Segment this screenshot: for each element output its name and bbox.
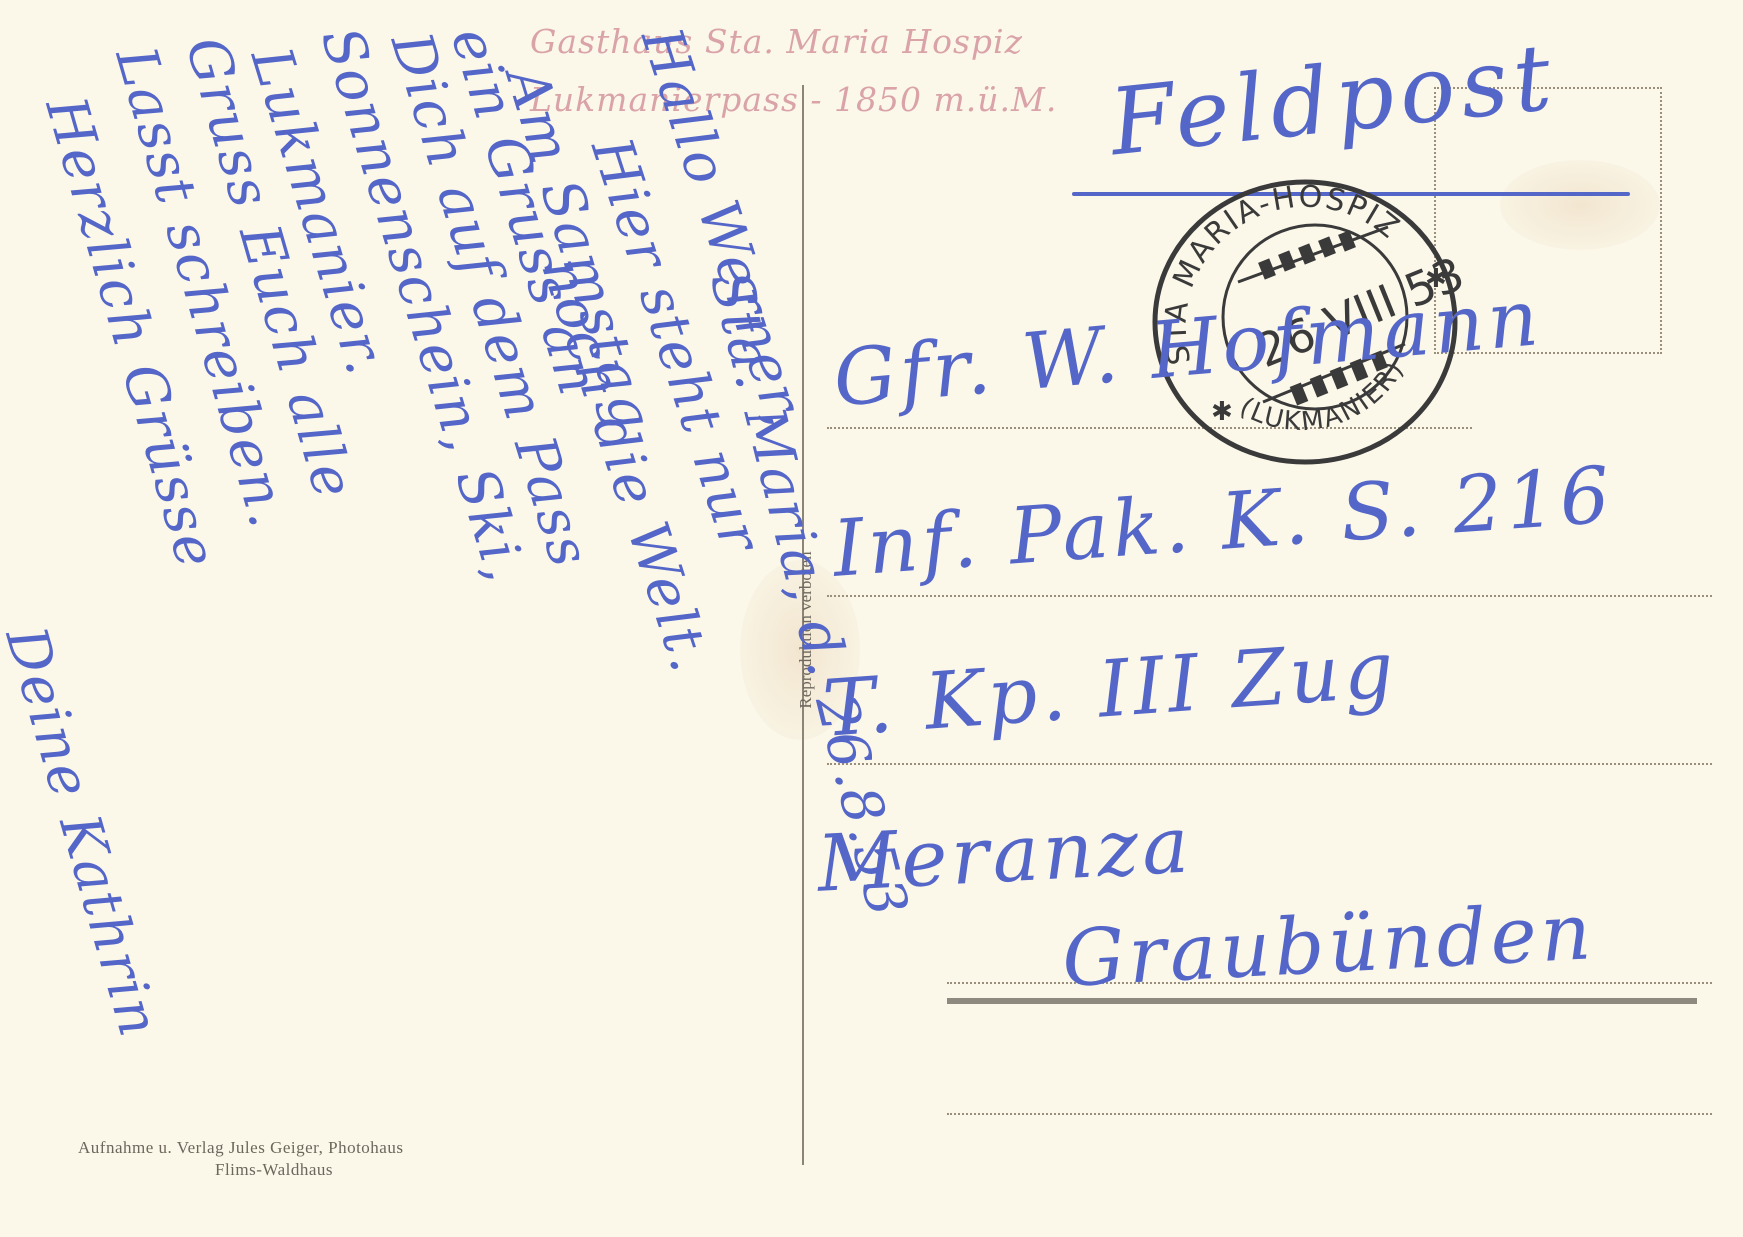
address-solid-bar — [947, 998, 1697, 1004]
svg-text:✱: ✱ — [1211, 397, 1233, 427]
publisher-line-1: Aufnahme u. Verlag Jules Geiger, Photoha… — [78, 1138, 403, 1158]
address-line-5 — [947, 1113, 1712, 1115]
header-line-2: Lukmanierpass - 1850 m.ü.M. — [530, 80, 1057, 119]
address-text-2: Inf. Pak. K. S. 216 — [830, 450, 1616, 594]
address-text-3: T. Kp. III Zug — [820, 625, 1400, 755]
header-line-1: Gasthaus Sta. Maria Hospiz — [530, 22, 1023, 61]
address-line-3 — [827, 763, 1712, 765]
address-line-2 — [827, 595, 1712, 597]
address-text-5: Graubünden — [1060, 887, 1597, 1005]
postcard: Gasthaus Sta. Maria Hospiz Lukmanierpass… — [0, 0, 1743, 1237]
publisher-line-2: Flims-Waldhaus — [215, 1160, 333, 1180]
message-column-12: Deine Kathrin — [0, 620, 172, 1045]
